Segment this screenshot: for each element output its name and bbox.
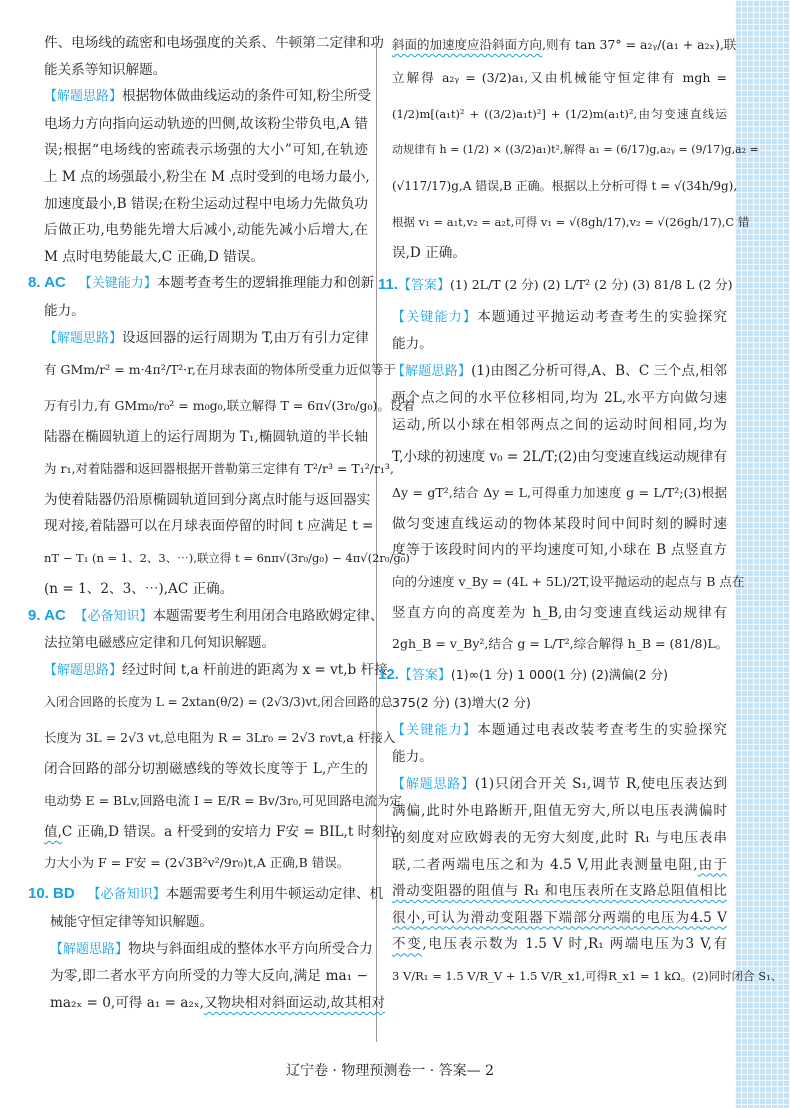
- question-number: 11.: [378, 276, 398, 293]
- formula-line: (1/2)m[(a₁t)² + ((3/2)a₁t)²] + (1/2)m(a₁…: [392, 96, 727, 132]
- text-line: 【解题思路】物块与斜面组成的整体水平方向所受合力: [28, 936, 368, 964]
- highlighted-text: 值,: [44, 824, 62, 840]
- formula-line: nT − T₁ (n = 1、2、3、⋯),联立得 t = 6nπ√(3r₀/g…: [28, 540, 368, 576]
- text-line: 【关键能力】本题通过电表改装考查考生的实验探究: [392, 717, 727, 745]
- answer-text: (1)∞(1 分) 1 000(1 分) (2)满偏(2 分): [451, 667, 668, 682]
- tag-required-knowledge: 【必备知识】: [74, 609, 152, 624]
- text-line: 后做正功,电势能先增大后减小,动能先减小后增大,在: [28, 217, 368, 244]
- text-line: 加速度最小,B 错误;在粉尘运动过程中电场力先做负功: [28, 191, 368, 218]
- question-9-header: 9. AC 【必备知识】本题需要考生利用闭合电路欧姆定律、: [28, 603, 368, 631]
- text-line: 件、电场线的疏密和电场强度的关系、牛顿第二定律和功: [28, 30, 368, 57]
- highlighted-text: 滑动变阻器的阻值与 R₁ 和电压表所在支路总阻值相比: [392, 883, 727, 899]
- tag-key-ability: 【关键能力】: [79, 276, 157, 291]
- formula-line: T,小球的初速度 v₀ = 2L/T;(2)由匀变速直线运动规律有: [392, 439, 727, 475]
- text-line: 能力。: [392, 744, 727, 771]
- formula-line: 万有引力,有 GMm₀/r₀² = m₀g₀,联立解得 T = 6π√(3r₀/…: [28, 388, 368, 424]
- text-line: 的刻度对应欧姆表的无穷大刻度,此时 R₁ 与电压表串: [392, 825, 727, 852]
- text-line: M 点时电势能最大,C 正确,D 错误。: [28, 244, 368, 271]
- question-number: 9. AC: [28, 607, 66, 624]
- text-line: 两个点之间的水平位移相同,均为 2L,水平方向做匀速: [392, 385, 727, 412]
- text-line: 【关键能力】本题通过平抛运动考查考生的实验探究: [392, 304, 727, 332]
- text-line: 上 M 点的场强最小,粉尘在 M 点时受到的电场力最小,: [28, 164, 368, 191]
- text-line: 值,C 正确,D 错误。a 杆受到的安培力 F安 = BIL,t 时刻拉: [28, 819, 368, 846]
- text-line: 做匀变速直线运动的物体某段时间中间时刻的瞬时速: [392, 511, 727, 538]
- answer-text: 375(2 分) (3)增大(2 分): [392, 690, 727, 717]
- footer-text: 辽宁卷 · 物理预测卷一 · 答案— 2: [286, 1060, 494, 1080]
- text-line: 误,D 正确。: [392, 240, 727, 267]
- text-line: 能力。: [28, 298, 368, 325]
- answer-text: (1) 2L/T (2 分) (2) L/T² (2 分) (3) 81/8 L…: [450, 277, 732, 292]
- text-line: 滑动变阻器的阻值与 R₁ 和电压表所在支路总阻值相比: [392, 878, 727, 905]
- formula-line: 动规律有 h = (1/2) × ((3/2)a₁)t²,解得 a₁ = (6/…: [392, 132, 727, 168]
- formula-line: 向的分速度 v_By = (4L + 5L)/2T,设平抛运动的起点与 B 点在: [392, 564, 727, 600]
- tag-solution: 【解题思路】: [44, 331, 122, 346]
- question-11-header: 11.【答案】(1) 2L/T (2 分) (2) L/T² (2 分) (3)…: [378, 267, 727, 304]
- page-footer: 辽宁卷 · 物理预测卷一 · 答案— 2: [0, 1060, 790, 1080]
- question-number: 12.: [378, 666, 399, 683]
- text-line: ma₂ₓ = 0,可得 a₁ = a₂ₓ,又物块相对斜面运动,故其相对: [28, 990, 368, 1017]
- highlighted-text: 不变: [392, 936, 422, 952]
- tag-solution: 【解题思路】: [44, 663, 122, 678]
- text-line: 【解题思路】经过时间 t,a 杆前进的距离为 x = vt,b 杆接: [28, 657, 368, 685]
- question-number: 10. BD: [28, 885, 75, 902]
- text-line: 很小,可认为滑动变阻器下端部分两端的电压为4.5 V: [392, 905, 727, 932]
- question-10-header: 10. BD 【必备知识】本题需要考生利用牛顿运动定律、机: [28, 881, 368, 909]
- formula-line: 根据 v₁ = a₁t,v₂ = a₂t,可得 v₁ = √(8gh/17),v…: [392, 204, 727, 240]
- formula-line: 立解得 a₂ᵧ = (3/2)a₁,又由机械能守恒定律有 mgh =: [392, 60, 727, 96]
- text-line: 不变,电压表示数为 1.5 V 时,R₁ 两端电压为3 V,有: [392, 931, 727, 958]
- formula-line: 电动势 E = BLv,回路电流 I = E/R = Bv/3r₀,可见回路电流…: [28, 783, 368, 819]
- text-line: 【解题思路】根据物体做曲线运动的条件可知,粉尘所受: [28, 83, 368, 111]
- tag-key-ability: 【关键能力】: [392, 723, 477, 738]
- text-line: 度等于该段时间内的平均速度可知,小球在 B 点竖直方: [392, 537, 727, 564]
- text-line: 械能守恒定律等知识解题。: [28, 909, 368, 936]
- formula-line: Δy = gT²,结合 Δy = L,可得重力加速度 g = L/T²;(3)根…: [392, 475, 727, 511]
- text-line: 【解题思路】(1)由图乙分析可得,A、B、C 三个点,相邻: [392, 358, 727, 386]
- text-line: 法拉第电磁感应定律和几何知识解题。: [28, 630, 368, 657]
- highlighted-text: 斜面的加速度应沿斜面方向: [392, 37, 542, 52]
- text-line: 为零,即二者水平方向所受的力等大反向,满足 ma₁ −: [28, 963, 368, 990]
- right-column: 斜面的加速度应沿斜面方向,则有 tan 37° = a₂ᵧ/(a₁ + a₂ₓ)…: [392, 30, 727, 994]
- formula-line: 入闭合回路的长度为 L = 2xtan(θ/2) = (2√3/3)vt,闭合回…: [28, 684, 368, 720]
- tag-solution: 【解题思路】: [50, 942, 128, 957]
- left-column: 件、电场线的疏密和电场强度的关系、牛顿第二定律和功 能关系等知识解题。 【解题思…: [28, 30, 368, 1016]
- text-line: (n = 1、2、3、⋯),AC 正确。: [28, 576, 368, 603]
- tag-solution: 【解题思路】: [44, 89, 122, 104]
- text-line: 电场力方向指向运动轨迹的凹侧,故该粉尘带负电,A 错: [28, 111, 368, 138]
- text-line: 误;根据“电场线的密疏表示场强的大小”可知,在轨迹: [28, 137, 368, 164]
- tag-answer: 【答案】: [399, 668, 451, 683]
- formula-line: 斜面的加速度应沿斜面方向,则有 tan 37° = a₂ᵧ/(a₁ + a₂ₓ)…: [392, 30, 727, 60]
- formula-line: 力大小为 F = F安 = (2√3B²v²/9r₀)t,A 正确,B 错误。: [28, 845, 368, 881]
- text-line: 能力。: [392, 331, 727, 358]
- text-line: 运动,所以小球在相邻两点之间的运动时间相同,均为: [392, 412, 727, 439]
- formula-line: 2gh_B = v_By²,结合 g = L/T²,综合解得 h_B = (81…: [392, 626, 727, 662]
- text-line: 联,二者两端电压之和为 4.5 V,用此表测量电阻,由于: [392, 852, 727, 879]
- highlighted-text: 很小,可认为滑动变阻器下端部分两端的电压为4.5 V: [392, 910, 727, 926]
- tag-solution: 【解题思路】: [392, 777, 475, 792]
- text-line: 满偏,此时外电路断开,阻值无穷大,所以电压表满偏时: [392, 798, 727, 825]
- formula-line: 为 r₁,对着陆器和返回器根据开普勒第三定律有 T²/r³ = T₁²/r₁³,: [28, 451, 368, 487]
- formula-line: 长度为 3L = 2√3 vt,总电阻为 R = 3Lr₀ = 2√3 r₀vt…: [28, 720, 368, 756]
- text-line: 陆器在椭圆轨道上的运行周期为 T₁,椭圆轨道的半长轴: [28, 424, 368, 451]
- tag-key-ability: 【关键能力】: [392, 310, 477, 325]
- highlighted-text: 由于: [698, 857, 727, 873]
- formula-line: (√117/17)g,A 错误,B 正确。根据以上分析可得 t = √(34h/…: [392, 168, 727, 204]
- highlighted-text: 又物块相对斜面运动,故其相对: [204, 995, 385, 1011]
- question-12-header: 12.【答案】(1)∞(1 分) 1 000(1 分) (2)满偏(2 分): [378, 662, 727, 690]
- question-8-header: 8. AC 【关键能力】本题考查考生的逻辑推理能力和创新: [28, 270, 368, 298]
- text-line: 【解题思路】设返回器的运行周期为 T,由万有引力定律: [28, 325, 368, 353]
- text-line: 竖直方向的高度差为 h_B,由匀变速直线运动规律有: [392, 600, 727, 627]
- tag-answer: 【答案】: [398, 278, 450, 293]
- text-line: 现对接,着陆器可以在月球表面停留的时间 t 应满足 t =: [28, 513, 368, 540]
- formula-line: 3 V/R₁ = 1.5 V/R_V + 1.5 V/R_x1,可得R_x1 =…: [392, 958, 727, 994]
- tag-required-knowledge: 【必备知识】: [88, 887, 166, 902]
- text-line: 能关系等知识解题。: [28, 57, 368, 84]
- decorative-grid-strip: [735, 0, 790, 1108]
- text-line: 【解题思路】(1)只闭合开关 S₁,调节 R,使电压表达到: [392, 771, 727, 799]
- tag-solution: 【解题思路】: [392, 364, 471, 379]
- formula-line: 有 GMm/r² = m·4π²/T²·r,在月球表面的物体所受重力近似等于: [28, 352, 368, 388]
- text-line: 闭合回路的部分切割磁感线的等效长度等于 L,产生的: [28, 756, 368, 783]
- question-number: 8. AC: [28, 274, 66, 291]
- text-line: 为使着陆器仍沿原椭圆轨道回到分离点时能与返回器实: [28, 487, 368, 514]
